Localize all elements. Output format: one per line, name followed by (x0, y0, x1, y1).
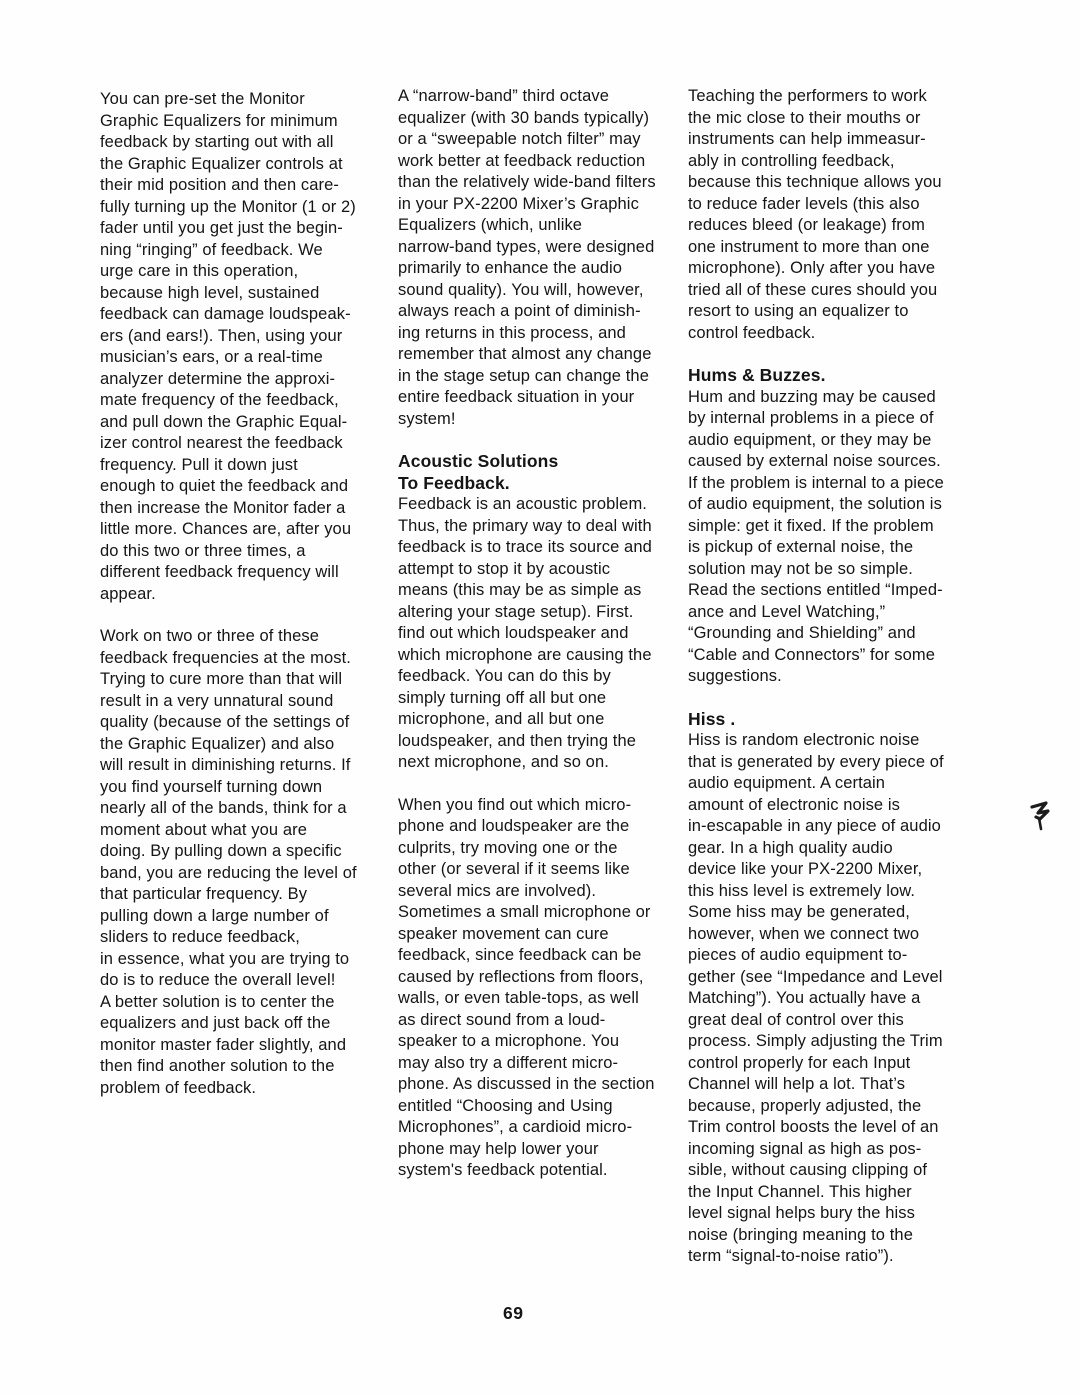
page-number: 69 (503, 1303, 523, 1324)
text-column-right: Teaching the performers to work the mic … (688, 86, 984, 1289)
paragraph: Hiss is random electronic noise that is … (688, 730, 984, 1268)
text-column-left: You can pre-set the Monitor Graphic Equa… (100, 89, 386, 1120)
paragraph: A “narrow-band” third octave equalizer (… (398, 86, 688, 430)
paragraph: You can pre-set the Monitor Graphic Equa… (100, 89, 386, 605)
paragraph: Feedback is an acoustic problem. Thus, t… (398, 494, 688, 774)
manual-page: You can pre-set the Monitor Graphic Equa… (0, 0, 1080, 1395)
text-column-middle: A “narrow-band” third octave equalizer (… (398, 86, 688, 1203)
paragraph: Teaching the performers to work the mic … (688, 86, 984, 344)
section-heading-hiss: Hiss . (688, 709, 984, 731)
section-heading-acoustic-solutions: Acoustic Solutions To Feedback. (398, 451, 688, 494)
paragraph: When you find out which micro- phone and… (398, 795, 688, 1182)
paragraph: Hum and buzzing may be caused by interna… (688, 387, 984, 688)
paragraph: Work on two or three of these feedback f… (100, 626, 386, 1099)
section-heading-hums-buzzes: Hums & Buzzes. (688, 365, 984, 387)
ink-mark-icon (1026, 793, 1056, 845)
